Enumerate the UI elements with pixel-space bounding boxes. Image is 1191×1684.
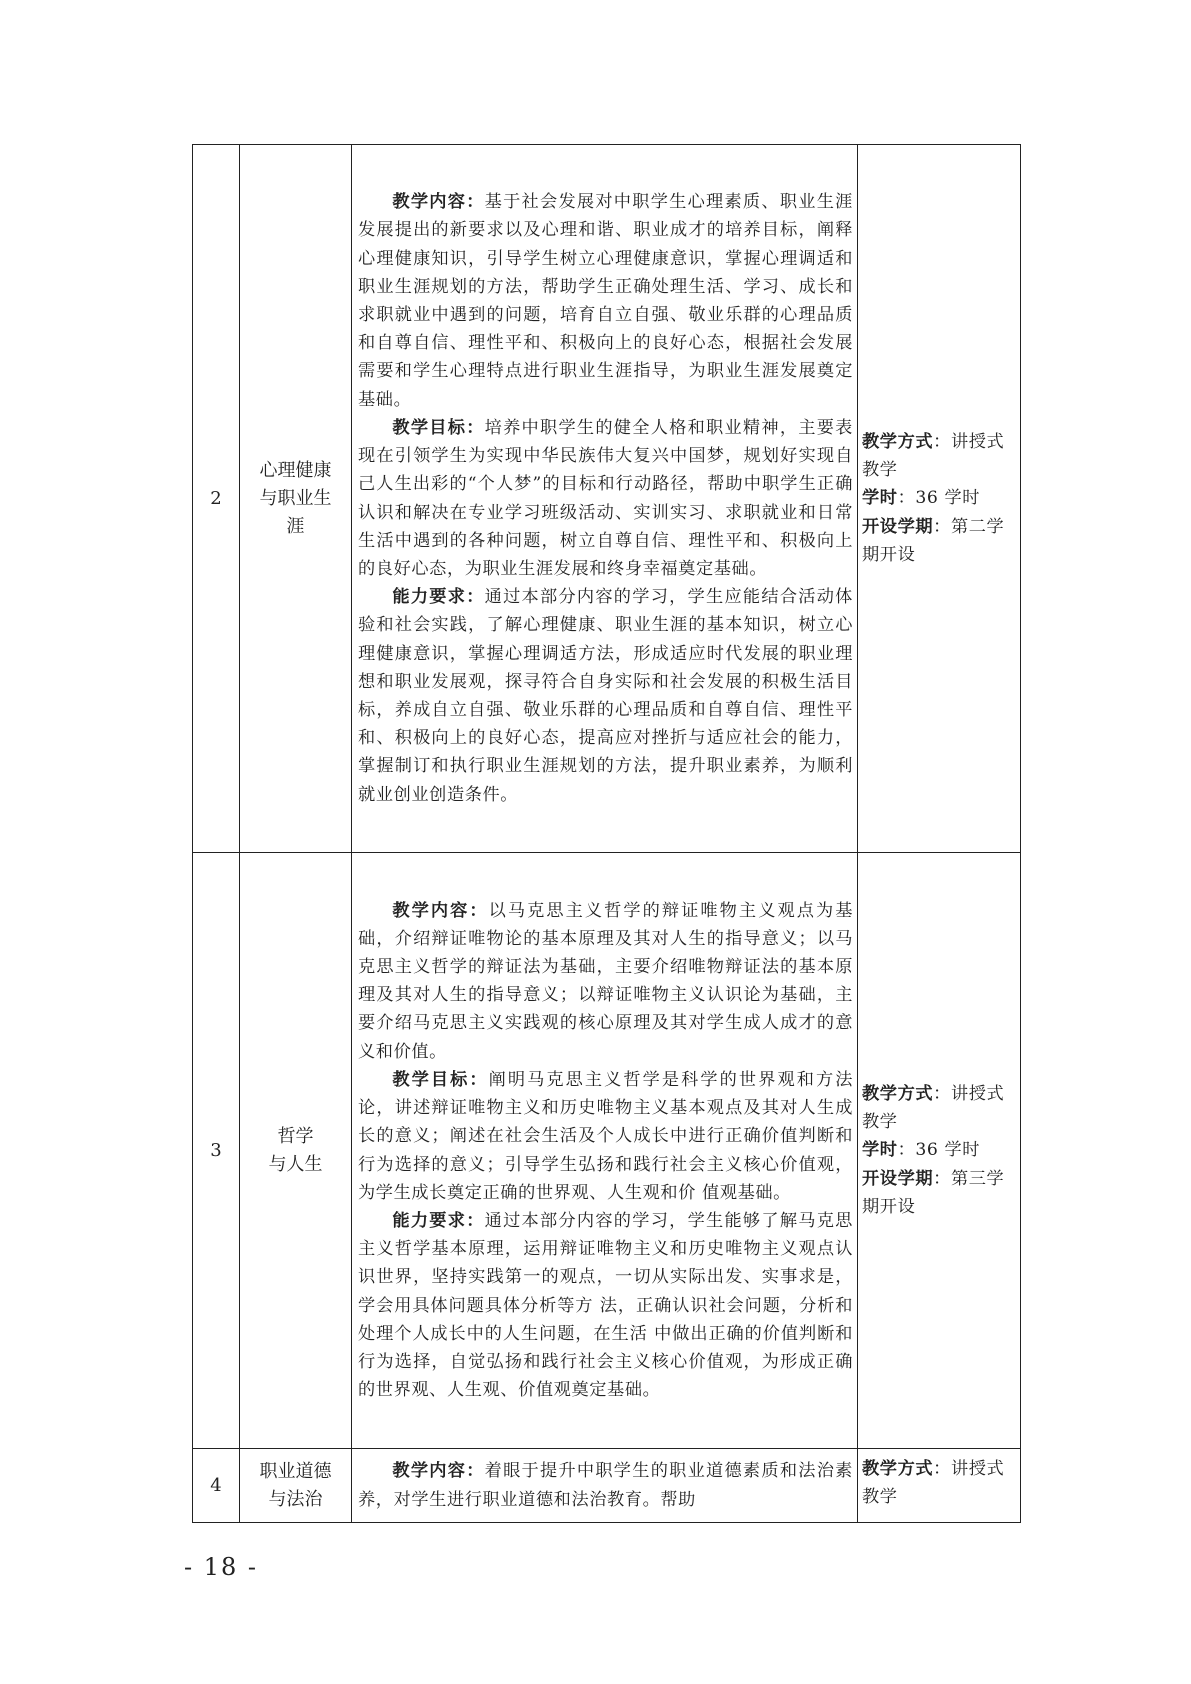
teaching-goal: 教学目标：培养中职学生的健全人格和职业精神，主要表现在引领学生为实现中华民族伟大…	[358, 414, 853, 583]
course-description: 教学内容：以马克思主义哲学的辩证唯物主义观点为基础，介绍辩证唯物论的基本原理及其…	[352, 853, 858, 1449]
semester: 开设学期：第二学期开设	[862, 513, 1017, 569]
info-label: 教学方式	[862, 1459, 933, 1479]
para-label: 教学内容：	[392, 901, 488, 921]
info-label: 开设学期	[862, 1169, 933, 1189]
teaching-method: 教学方式：讲授式教学	[862, 428, 1017, 484]
info-label: 学时	[862, 1140, 898, 1160]
info-label: 教学方式	[862, 1084, 933, 1104]
para-text: 培养中职学生的健全人格和职业精神，主要表现在引领学生为实现中华民族伟大复兴中国梦…	[358, 418, 853, 579]
course-name-line: 与人生	[240, 1151, 351, 1179]
course-info: 教学方式：讲授式教学	[858, 1449, 1021, 1523]
course-name: 哲学 与人生	[240, 853, 352, 1449]
para-text: 基于社会发展对中职学生心理素质、职业生涯发展提出的新要求以及心理和谐、职业成才的…	[358, 192, 853, 409]
para-label: 教学内容：	[392, 1461, 484, 1481]
course-name-line: 与法治	[240, 1486, 351, 1514]
info-value: 36 学时	[915, 488, 980, 508]
info-sep: ：	[898, 488, 916, 508]
ability-requirement: 能力要求：通过本部分内容的学习，学生能够了解马克思主义哲学基本原理，运用辩证唯物…	[358, 1207, 853, 1404]
para-label: 能力要求：	[392, 587, 484, 607]
teaching-content: 教学内容：基于社会发展对中职学生心理素质、职业生涯发展提出的新要求以及心理和谐、…	[358, 188, 853, 414]
teaching-content: 教学内容：以马克思主义哲学的辩证唯物主义观点为基础，介绍辩证唯物论的基本原理及其…	[358, 897, 853, 1066]
course-description: 教学内容：着眼于提升中职学生的职业道德素质和法治素养，对学生进行职业道德和法治教…	[352, 1449, 858, 1523]
info-sep: ：	[933, 1459, 951, 1479]
info-value: 36 学时	[915, 1140, 980, 1160]
row-number: 3	[193, 853, 240, 1449]
course-name: 心理健康 与职业生 涯	[240, 145, 352, 853]
course-info: 教学方式：讲授式教学 学时：36 学时 开设学期：第二学期开设	[858, 145, 1021, 853]
course-name-line: 职业道德	[240, 1458, 351, 1486]
row-number: 2	[193, 145, 240, 853]
para-label: 能力要求：	[392, 1211, 484, 1231]
info-sep: ：	[933, 1084, 951, 1104]
para-text: 以马克思主义哲学的辩证唯物主义观点为基础，介绍辩证唯物论的基本原理及其对人生的指…	[358, 901, 853, 1062]
info-sep: ：	[933, 517, 951, 537]
table-row: 3 哲学 与人生 教学内容：以马克思主义哲学的辩证唯物主义观点为基础，介绍辩证唯…	[193, 853, 1021, 1449]
course-name: 职业道德 与法治	[240, 1449, 352, 1523]
teaching-method: 教学方式：讲授式教学	[862, 1080, 1017, 1136]
para-label: 教学目标：	[392, 1070, 488, 1090]
info-sep: ：	[898, 1140, 916, 1160]
info-sep: ：	[933, 432, 951, 452]
class-hours: 学时：36 学时	[862, 484, 1017, 512]
course-name-line: 涯	[240, 513, 351, 541]
course-name-line: 心理健康	[240, 457, 351, 485]
info-label: 教学方式	[862, 432, 933, 452]
para-label: 教学内容：	[392, 192, 484, 212]
info-label: 开设学期	[862, 517, 933, 537]
course-name-line: 与职业生	[240, 485, 351, 513]
info-label: 学时	[862, 488, 898, 508]
para-text: 通过本部分内容的学习，学生能够了解马克思主义哲学基本原理，运用辩证唯物主义和历史…	[358, 1211, 853, 1400]
para-text: 通过本部分内容的学习，学生应能结合活动体验和社会实践，了解心理健康、职业生涯的基…	[358, 587, 853, 804]
course-info: 教学方式：讲授式教学 学时：36 学时 开设学期：第三学期开设	[858, 853, 1021, 1449]
teaching-method: 教学方式：讲授式教学	[862, 1455, 1017, 1511]
row-number: 4	[193, 1449, 240, 1523]
semester: 开设学期：第三学期开设	[862, 1165, 1017, 1221]
table-row: 2 心理健康 与职业生 涯 教学内容：基于社会发展对中职学生心理素质、职业生涯发…	[193, 145, 1021, 853]
class-hours: 学时：36 学时	[862, 1136, 1017, 1164]
course-table: 2 心理健康 与职业生 涯 教学内容：基于社会发展对中职学生心理素质、职业生涯发…	[192, 144, 1021, 1523]
para-label: 教学目标：	[392, 418, 484, 438]
ability-requirement: 能力要求：通过本部分内容的学习，学生应能结合活动体验和社会实践，了解心理健康、职…	[358, 583, 853, 809]
table-row: 4 职业道德 与法治 教学内容：着眼于提升中职学生的职业道德素质和法治素养，对学…	[193, 1449, 1021, 1523]
info-sep: ：	[933, 1169, 951, 1189]
page-number: - 18 -	[184, 1553, 258, 1581]
course-description: 教学内容：基于社会发展对中职学生心理素质、职业生涯发展提出的新要求以及心理和谐、…	[352, 145, 858, 853]
teaching-goal: 教学目标：阐明马克思主义哲学是科学的世界观和方法论，讲述辩证唯物主义和历史唯物主…	[358, 1066, 853, 1207]
teaching-content: 教学内容：着眼于提升中职学生的职业道德素质和法治素养，对学生进行职业道德和法治教…	[358, 1457, 853, 1513]
course-name-line: 哲学	[240, 1123, 351, 1151]
